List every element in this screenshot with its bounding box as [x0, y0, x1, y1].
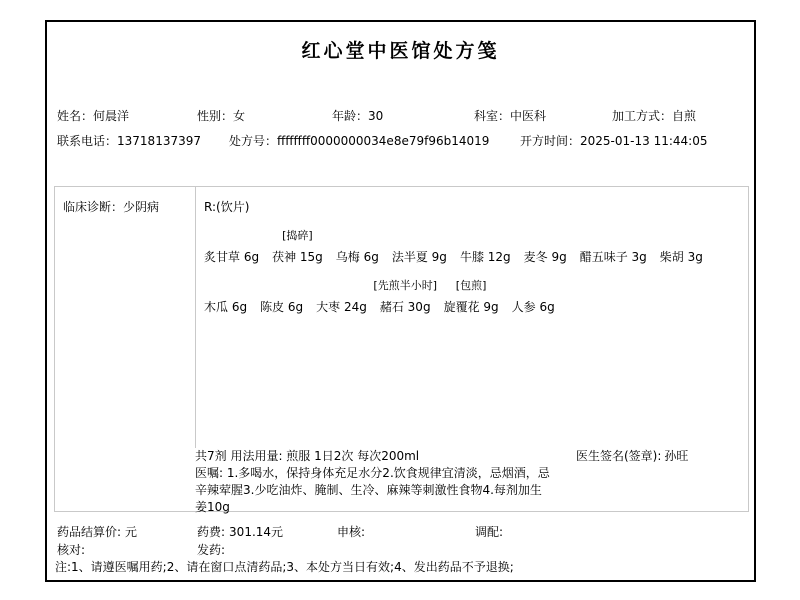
herb-item: 大枣 24g: [316, 298, 367, 315]
rx-time: 开方时间：2025-01-13 11:44:05: [520, 134, 707, 149]
rx-header: R:(饮片): [204, 200, 748, 215]
patient-gender-value: 女: [233, 109, 245, 123]
herb-item: 炙甘草 6g: [204, 248, 259, 265]
patient-age-label: 年龄：: [332, 109, 368, 123]
herb-item: [先煎半小时]赭石 30g: [380, 298, 431, 315]
diagnosis-label: 临床诊断：: [63, 200, 123, 214]
herb-item: 法半夏 9g: [392, 248, 447, 265]
herbs-panel: R:(饮片) 炙甘草 6g[捣碎]茯神 15g乌梅 6g法半夏 9g牛膝 12g…: [195, 187, 748, 448]
rx-number-label: 处方号：: [229, 134, 277, 148]
phone-value: 13718137397: [117, 134, 201, 148]
herb-item: 人参 6g: [512, 298, 555, 315]
contact-phone: 联系电话：13718137397: [57, 134, 201, 149]
usage-line: 共7剂 用法用量: 煎服 1日2次 每次200ml 医生签名(签章):孙旺: [195, 448, 747, 465]
processing-method: 加工方式：自煎: [612, 109, 696, 124]
settle-price-label: 药品结算价:: [57, 525, 121, 539]
rx-time-label: 开方时间：: [520, 134, 580, 148]
dispense-field: 发药:: [197, 543, 225, 558]
patient-name-value: 何晨洋: [93, 109, 129, 123]
herb-preparation-note: [捣碎]: [282, 227, 313, 243]
herb-item: 乌梅 6g: [336, 248, 379, 265]
medical-advice: 医嘱: 1.多喝水，保持身体充足水分2.饮食规律宜清淡，忌烟酒，忌辛辣荤腥3.少…: [195, 465, 553, 516]
department-label: 科室：: [474, 109, 510, 123]
herb-item: 醋五味子 3g: [580, 248, 647, 265]
prescription-body: 临床诊断：少阴病 R:(饮片) 炙甘草 6g[捣碎]茯神 15g乌梅 6g法半夏…: [54, 186, 749, 512]
department-value: 中医科: [510, 109, 546, 123]
processing-label: 加工方式：: [612, 109, 672, 123]
settle-price-value: 元: [125, 525, 137, 539]
patient-info-row: 姓名：何晨洋 性别：女 年龄：30 科室：中医科 加工方式：自煎: [47, 109, 754, 124]
medicine-fee-value: 301.14元: [229, 525, 283, 539]
herb-preparation-note: [包煎]: [456, 277, 487, 293]
diagnosis-value: 少阴病: [123, 200, 159, 214]
contact-info-row: 联系电话：13718137397 处方号：ffffffff0000000034e…: [47, 134, 754, 149]
patient-age-value: 30: [368, 109, 383, 123]
patient-gender-label: 性别：: [197, 109, 233, 123]
processing-value: 自煎: [672, 109, 696, 123]
herb-item: 木瓜 6g: [204, 298, 247, 315]
doctor-signature-label: 医生签名(签章):: [576, 449, 661, 463]
check-field: 核对:: [57, 543, 85, 558]
patient-age: 年龄：30: [332, 109, 383, 124]
herb-item: 陈皮 6g: [260, 298, 303, 315]
usage-advice-section: 共7剂 用法用量: 煎服 1日2次 每次200ml 医生签名(签章):孙旺 医嘱…: [195, 448, 747, 516]
usage-text: 共7剂 用法用量: 煎服 1日2次 每次200ml: [195, 449, 419, 463]
clinical-diagnosis: 临床诊断：少阴病: [55, 187, 195, 511]
review-field: 申核:: [337, 525, 365, 540]
rx-time-value: 2025-01-13 11:44:05: [580, 134, 707, 148]
herb-item: [包煎]旋覆花 9g: [444, 298, 499, 315]
doctor-signature: 医生签名(签章):孙旺: [576, 448, 688, 465]
page-title: 红心堂中医馆处方笺: [47, 36, 754, 63]
prescription-sheet: 红心堂中医馆处方笺 姓名：何晨洋 性别：女 年龄：30 科室：中医科 加工方式：…: [45, 20, 756, 582]
doctor-name: 孙旺: [664, 449, 688, 463]
herb-item: 牛膝 12g: [460, 248, 511, 265]
medicine-fee: 药费:301.14元: [197, 525, 283, 540]
phone-label: 联系电话：: [57, 134, 117, 148]
herb-preparation-note: [先煎半小时]: [373, 277, 437, 293]
prepare-field: 调配:: [475, 525, 503, 540]
rx-number-value: ffffffff0000000034e8e79f96b14019: [277, 134, 489, 148]
patient-name-label: 姓名：: [57, 109, 93, 123]
footer-note: 注:1、请遵医嘱用药;2、请在窗口点清药品;3、本处方当日有效;4、发出药品不予…: [55, 560, 514, 575]
herb-item: 麦冬 9g: [524, 248, 567, 265]
rx-number: 处方号：ffffffff0000000034e8e79f96b14019: [229, 134, 489, 149]
settle-price: 药品结算价:元: [57, 525, 137, 540]
patient-name: 姓名：何晨洋: [57, 109, 129, 124]
herb-item: [捣碎]茯神 15g: [272, 248, 323, 265]
herb-line-2: 木瓜 6g陈皮 6g大枣 24g[先煎半小时]赭石 30g[包煎]旋覆花 9g人…: [204, 298, 748, 315]
medicine-fee-label: 药费:: [197, 525, 225, 539]
patient-gender: 性别：女: [197, 109, 245, 124]
herb-item: 柴胡 3g: [660, 248, 703, 265]
herb-line-1: 炙甘草 6g[捣碎]茯神 15g乌梅 6g法半夏 9g牛膝 12g麦冬 9g醋五…: [204, 248, 748, 265]
department: 科室：中医科: [474, 109, 546, 124]
